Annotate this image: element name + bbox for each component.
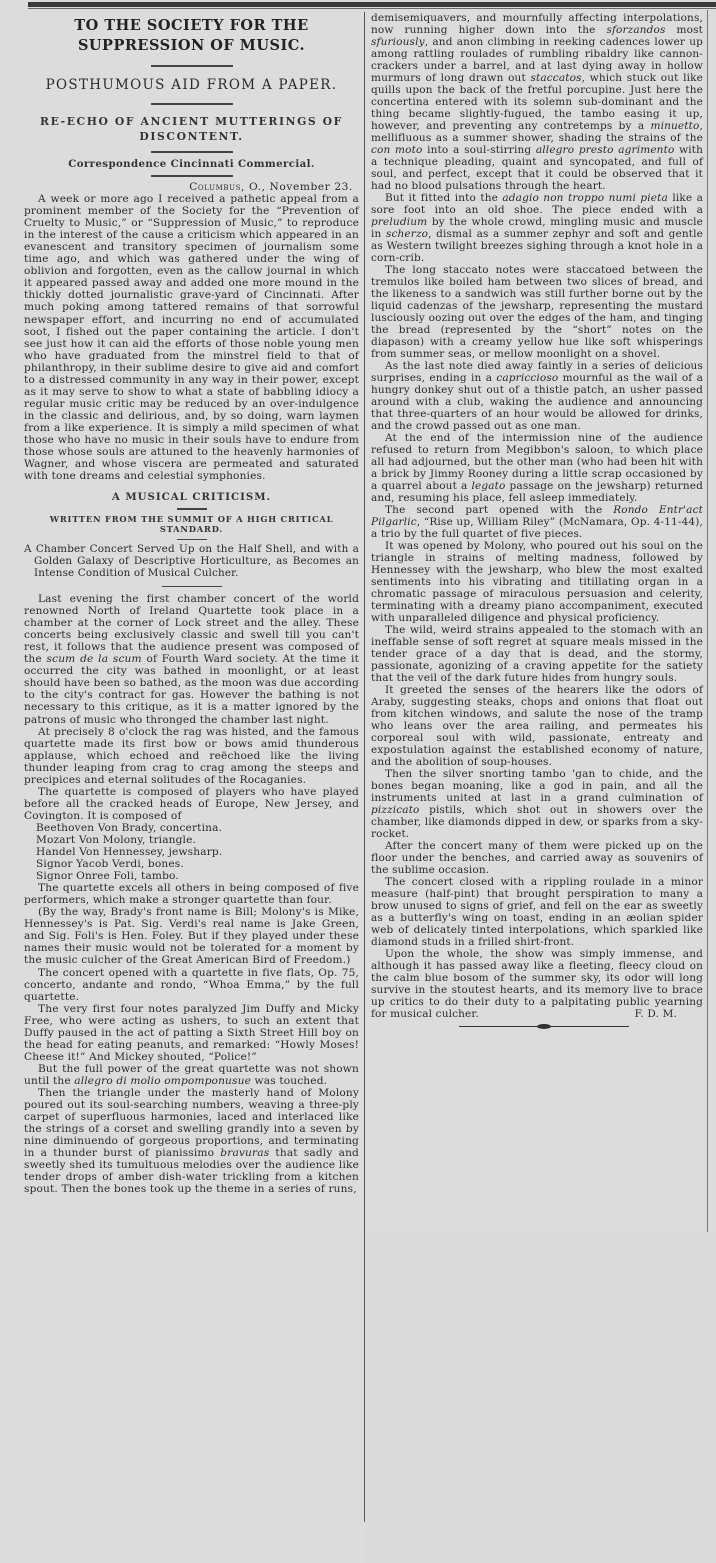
dateline: Columbus, O., November 23. <box>24 181 353 193</box>
end-of-article-rule <box>459 1026 629 1027</box>
subheadline-separator <box>151 103 233 105</box>
headline-separator <box>151 65 233 67</box>
paragraph: Last evening the first chamber concert o… <box>24 593 359 726</box>
paragraph: The second part opened with the Rondo En… <box>371 504 703 540</box>
paragraph: As the last note died away faintly in a … <box>371 360 703 432</box>
paragraph: It was opened by Molony, who poured out … <box>371 540 703 624</box>
subheadline-posthumous: POSTHUMOUS AID FROM A PAPER. <box>24 76 359 94</box>
paragraph: The wild, weird strains appealed to the … <box>371 624 703 684</box>
top-thin-rule <box>28 8 716 9</box>
paragraph: Then the silver snorting tambo 'gan to c… <box>371 768 703 840</box>
column-divider <box>364 12 365 1522</box>
subheadline-re-echo: RE-ECHO OF ANCIENT MUTTERINGS OF DISCONT… <box>24 114 359 144</box>
criticism-deck: A Chamber Concert Served Up on the Half … <box>24 544 359 579</box>
criticism-subtitle-separator <box>177 539 207 541</box>
paragraph: The concert opened with a quartette in f… <box>24 967 359 1003</box>
criticism-subtitle: WRITTEN FROM THE SUMMIT OF A HIGH CRITIC… <box>24 514 359 535</box>
source-separator-bottom <box>151 175 233 177</box>
player-list-item: Beethoven Von Brady, concertina. <box>24 822 359 834</box>
intro-paragraph: A week or more ago I received a pathetic… <box>24 193 359 482</box>
left-column: TO THE SOCIETY FOR THE SUPPRESSION OF MU… <box>24 12 359 1195</box>
deck-separator <box>162 586 222 588</box>
source-separator-top <box>151 151 233 153</box>
right-column: demisemiquavers, and mournfully affectin… <box>371 12 703 1027</box>
paragraph: demisemiquavers, and mournfully affectin… <box>371 12 703 192</box>
paragraph: At precisely 8 o'clock the rag was histe… <box>24 726 359 786</box>
player-list-item: Signor Yacob Verdi, bones. <box>24 858 359 870</box>
right-column-divider <box>707 10 708 1232</box>
criticism-title-separator <box>177 508 207 510</box>
source-line: Correspondence Cincinnati Commercial. <box>24 157 359 171</box>
paragraph: After the concert many of them were pick… <box>371 840 703 876</box>
blank-page-area <box>366 1232 716 1563</box>
criticism-title: A MUSICAL CRITICISM. <box>24 490 359 504</box>
paragraph: The very first four notes paralyzed Jim … <box>24 1003 359 1063</box>
dateline-place: Columbus, O., <box>189 181 265 193</box>
headline: TO THE SOCIETY FOR THE SUPPRESSION OF MU… <box>24 16 359 56</box>
player-list-item: Handel Von Hennessey, jewsharp. <box>24 846 359 858</box>
paragraph: It greeted the senses of the hearers lik… <box>371 684 703 768</box>
player-list-item: Signor Onree Foli, tambo. <box>24 870 359 882</box>
paragraph: Then the triangle under the masterly han… <box>24 1087 359 1195</box>
paragraph: But it fitted into the adagio non troppo… <box>371 192 703 264</box>
player-list-item: Mozart Von Molony, triangle. <box>24 834 359 846</box>
paragraph: The quartette is composed of players who… <box>24 786 359 822</box>
paragraph: The concert closed with a rippling roula… <box>371 876 703 948</box>
top-thick-rule <box>28 2 716 7</box>
paragraph: The long staccato notes were staccatoed … <box>371 264 703 360</box>
paragraph: At the end of the intermission nine of t… <box>371 432 703 504</box>
paragraph: (By the way, Brady's front name is Bill;… <box>24 906 359 966</box>
paragraph: The quartette excels all others in being… <box>24 882 359 906</box>
paragraph: But the full power of the great quartett… <box>24 1063 359 1087</box>
dateline-date: November 23. <box>270 181 353 193</box>
